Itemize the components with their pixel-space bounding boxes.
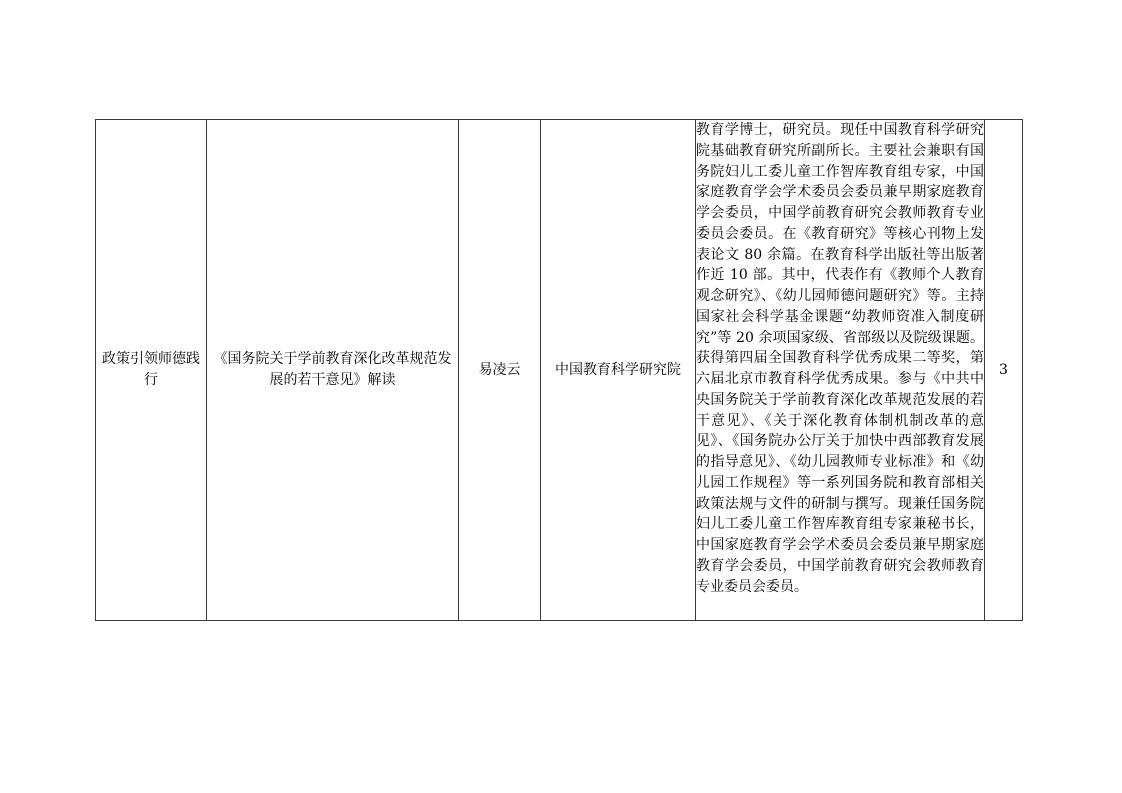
cell-speaker: 易凌云 <box>459 120 541 621</box>
cell-institution: 中国教育科学研究院 <box>541 120 696 621</box>
biography-text: 教育学博士，研究员。现任中国教育科学研究院基础教育研究所副所长。主要社会兼职有国… <box>696 120 984 618</box>
cell-category: 政策引领师德践行 <box>96 120 207 621</box>
cell-biography: 教育学博士，研究员。现任中国教育科学研究院基础教育研究所副所长。主要社会兼职有国… <box>696 120 985 621</box>
schedule-table: 政策引领师德践行 《国务院关于学前教育深化改革规范发展的若干意见》解读 易凌云 … <box>95 119 1023 621</box>
table-row: 政策引领师德践行 《国务院关于学前教育深化改革规范发展的若干意见》解读 易凌云 … <box>96 120 1023 621</box>
cell-count: 3 <box>985 120 1023 621</box>
cell-topic: 《国务院关于学前教育深化改革规范发展的若干意见》解读 <box>207 120 459 621</box>
document-page: 政策引领师德践行 《国务院关于学前教育深化改革规范发展的若干意见》解读 易凌云 … <box>0 0 1122 793</box>
